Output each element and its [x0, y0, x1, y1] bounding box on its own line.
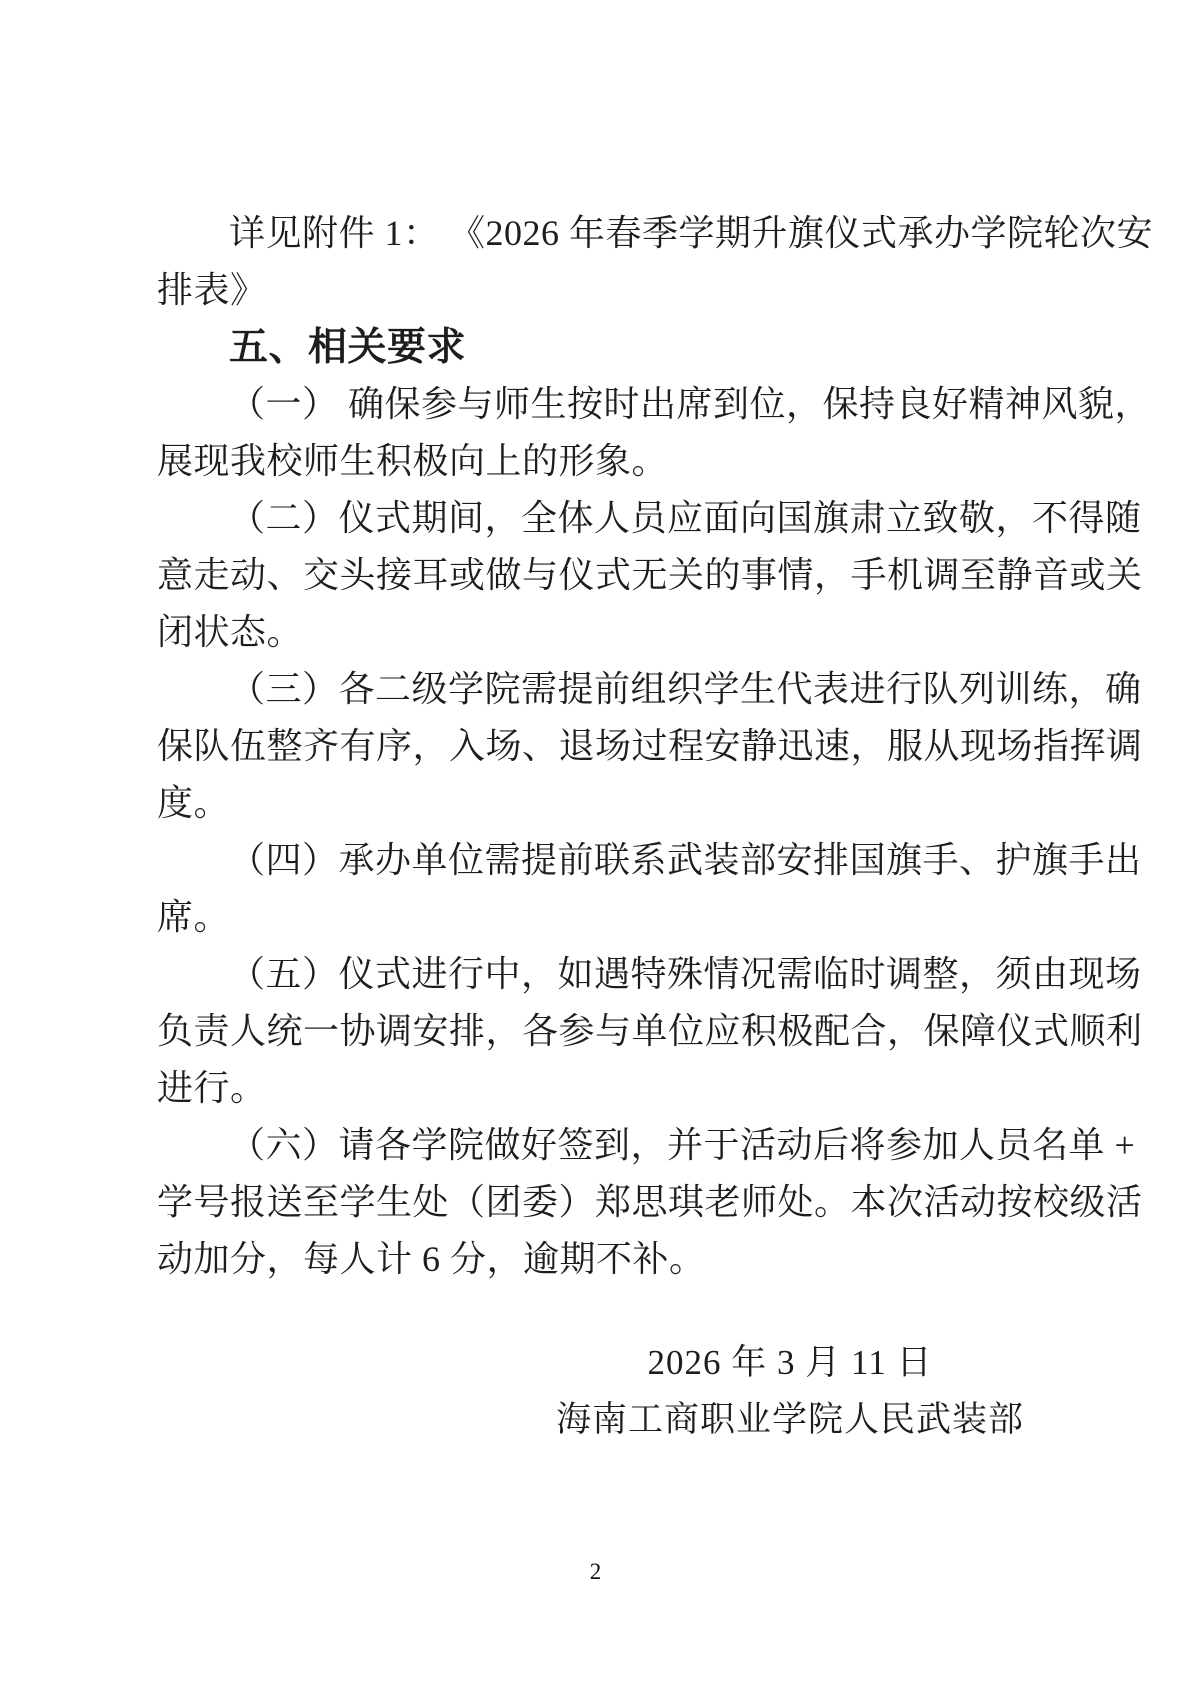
text-line: 度。 [157, 775, 1047, 832]
text-line: （四）承办单位需提前联系武装部安排国旗手、护旗手出 [157, 832, 1047, 889]
signature-line: 海南工商职业学院人民武装部 [390, 1391, 1190, 1448]
text-line: 动加分，每人计 6 分，逾期不补。 [157, 1231, 1047, 1288]
text-line: 负责人统一协调安排，各参与单位应积极配合，保障仪式顺利 [157, 1003, 1047, 1060]
text-line: （六）请各学院做好签到，并于活动后将参加人员名单 + [157, 1117, 1047, 1174]
text-line: 保队伍整齐有序，入场、退场过程安静迅速，服从现场指挥调 [157, 718, 1047, 775]
text-line: 闭状态。 [157, 604, 1047, 661]
text-line: 排表》 [157, 262, 1047, 319]
document-body: 详见附件 1： 《2026 年春季学期升旗仪式承办学院轮次安排表》五、相关要求（… [157, 205, 1047, 1288]
text-line: 展现我校师生积极向上的形象。 [157, 433, 1047, 490]
text-line: 意走动、交头接耳或做与仪式无关的事情，手机调至静音或关 [157, 547, 1047, 604]
section-heading: 五、相关要求 [157, 319, 1047, 376]
text-line: （三）各二级学院需提前组织学生代表进行队列训练，确 [157, 661, 1047, 718]
text-line: 学号报送至学生处（团委）郑思琪老师处。本次活动按校级活 [157, 1174, 1047, 1231]
page-footer: 2 [0, 1556, 1191, 1588]
document-page: 详见附件 1： 《2026 年春季学期升旗仪式承办学院轮次安排表》五、相关要求（… [0, 0, 1191, 1684]
signature-block: 2026 年 3 月 11 日 海南工商职业学院人民武装部 [390, 1334, 1190, 1448]
date-line: 2026 年 3 月 11 日 [390, 1334, 1190, 1391]
text-line: （一） 确保参与师生按时出席到位，保持良好精神风貌， [157, 376, 1047, 433]
page-number: 2 [590, 1559, 602, 1584]
text-line: 席。 [157, 889, 1047, 946]
text-line: （五）仪式进行中，如遇特殊情况需临时调整，须由现场 [157, 946, 1047, 1003]
text-line: （二）仪式期间，全体人员应面向国旗肃立致敬，不得随 [157, 490, 1047, 547]
text-line: 详见附件 1： 《2026 年春季学期升旗仪式承办学院轮次安 [157, 205, 1047, 262]
text-line: 进行。 [157, 1060, 1047, 1117]
